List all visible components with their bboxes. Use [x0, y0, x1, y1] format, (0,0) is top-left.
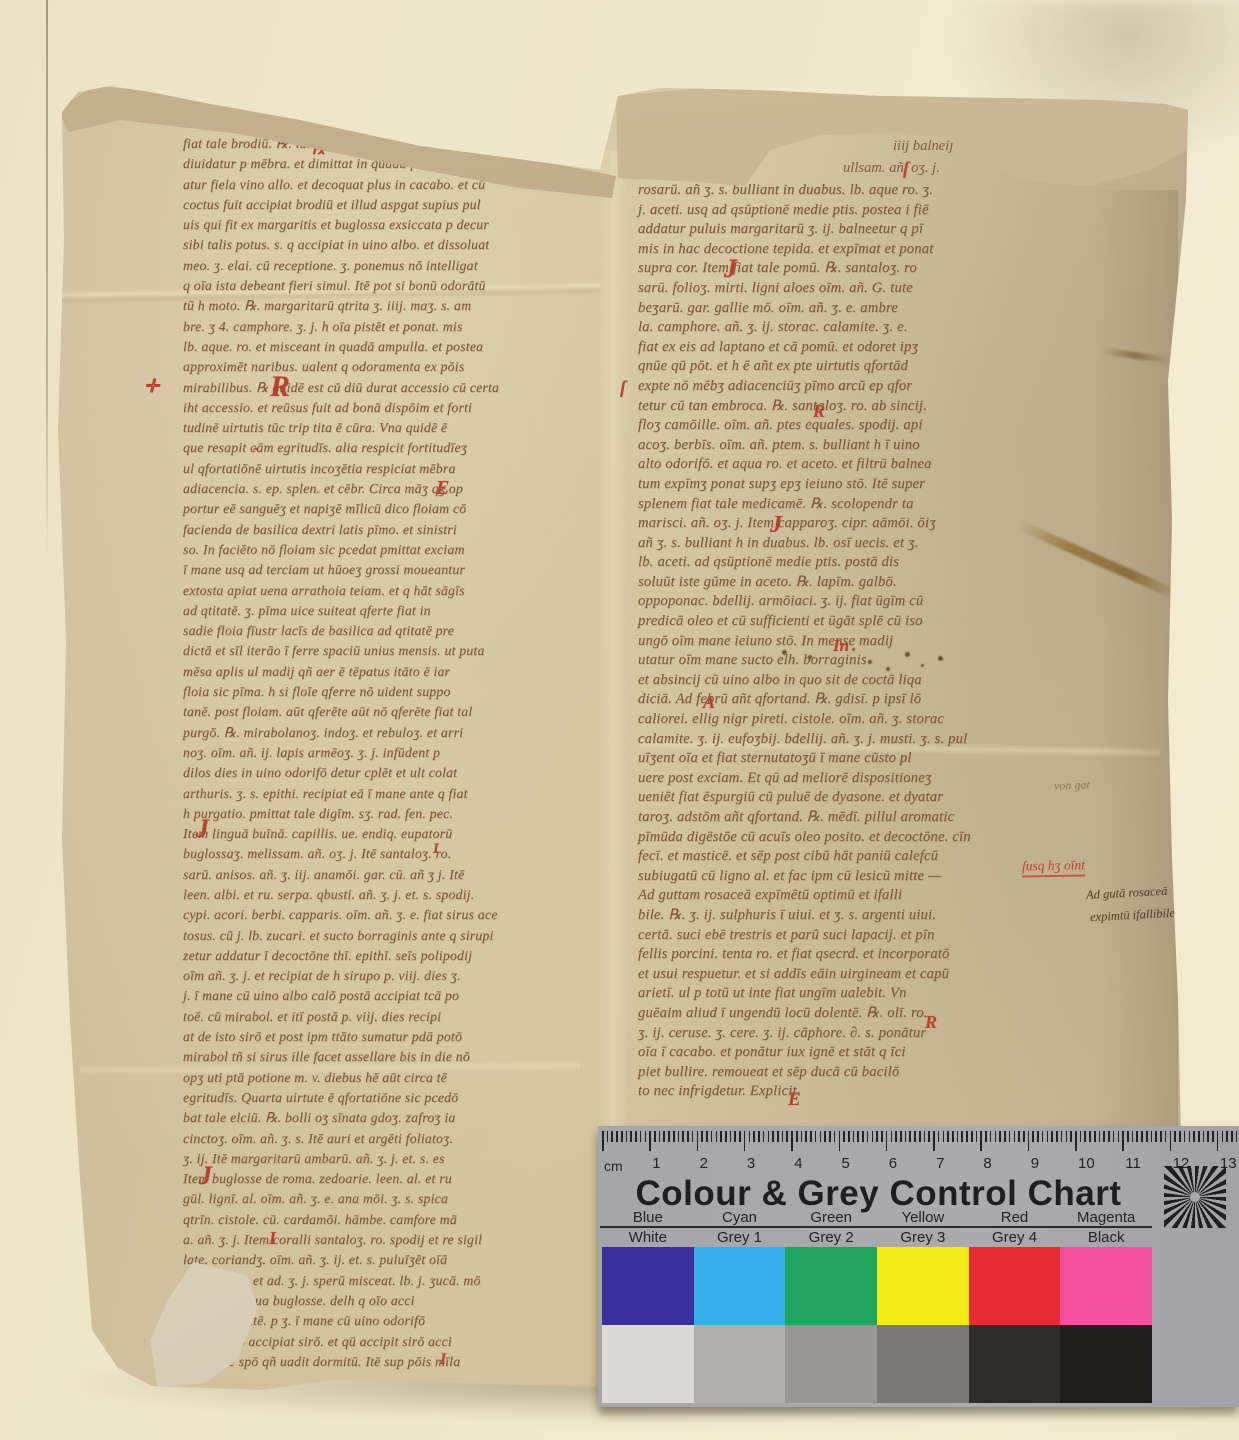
ruler-number: 9 [1031, 1155, 1039, 1172]
patch-label: Red [969, 1209, 1061, 1226]
manuscript-text-line: j. aceti. usq ad qsūptionē medie ptis. p… [638, 201, 1178, 221]
ruler-number: 3 [747, 1155, 755, 1172]
manuscript-text-line: j. ī mane cū uino albo calō postā accipi… [183, 986, 619, 1006]
patch-label: Grey 2 [785, 1229, 877, 1246]
rubric-mark: E [436, 477, 449, 500]
ruler-tick [758, 1131, 760, 1142]
ruler-tick [1089, 1131, 1091, 1142]
ruler-tick [952, 1131, 954, 1142]
ruler-tick [1061, 1131, 1063, 1142]
ruler-tick [961, 1131, 963, 1142]
ruler-tick [966, 1131, 968, 1142]
manuscript-text-line: uere post exciam. Et qū ad meliorē dispo… [638, 769, 1178, 789]
starburst-registration-icon [1164, 1166, 1226, 1228]
ruler-tick [786, 1131, 788, 1142]
manuscript-text-line: et absincij cū uino albo in quo sit de c… [638, 671, 1178, 691]
patch-label: Blue [602, 1209, 694, 1226]
ruler-tick [626, 1131, 628, 1142]
photograph-background: fiat tale brodiū. ℞. iunīdiuidatur p mēb… [0, 0, 1239, 1440]
manuscript-text-line: supra cor. Item fiat tale pomū. ℞. santa… [638, 259, 1178, 279]
margin-note-red: ſusq hʒ oīnt [1022, 857, 1085, 877]
ruler-tick [1009, 1131, 1011, 1142]
ruler-tick [857, 1131, 859, 1142]
ruler-tick [744, 1131, 746, 1151]
manuscript-text-line: piet bullire. remoueat et sēp ducā cū ba… [638, 1063, 1178, 1083]
ruler-tick [616, 1131, 618, 1142]
ruler-tick [976, 1131, 978, 1142]
ruler-tick [782, 1131, 784, 1142]
patch-label: Green [785, 1209, 877, 1226]
ruler-number: 8 [983, 1155, 991, 1172]
ruler-tick [1051, 1131, 1053, 1142]
rubric-mark: I [440, 1351, 446, 1369]
ruler-tick [659, 1131, 661, 1142]
patch-label: Yellow [877, 1209, 969, 1226]
ruler-tick [928, 1131, 930, 1142]
manuscript-text-line: oīm añ. ʒ. j. et recipiat de h sirupo p.… [183, 966, 619, 986]
manuscript-text-line: taroʒ. adstōm añt qfortand. ℞. mēdī. pil… [638, 808, 1178, 828]
ruler-tick [867, 1131, 869, 1142]
manuscript-text-line: ullsam. añ. oʒ. j. [843, 160, 940, 177]
ruler-tick [820, 1131, 822, 1142]
ruler-tick [843, 1131, 845, 1142]
ruler-tick [1047, 1131, 1049, 1142]
ruler-tick [1189, 1131, 1191, 1142]
ruler-tick [720, 1131, 722, 1142]
manuscript-text-line: sibi talis potus. s. q accipiat in uino … [183, 235, 619, 255]
ruler-number: 4 [794, 1155, 802, 1172]
manuscript-text-line: dilos dies in uino odorifō detur cplēt e… [183, 763, 619, 783]
manuscript-text-line: fecī. et masticē. et sēp post cibū hāt p… [638, 847, 1178, 867]
ruler-tick [1037, 1131, 1039, 1142]
ruler-number: 10 [1078, 1155, 1095, 1172]
ruler-tick [730, 1131, 732, 1142]
ruler-tick [706, 1131, 708, 1142]
ruler-tick [1170, 1131, 1172, 1151]
manuscript-text-line: late. coriandʒ. oīm. añ. ʒ. ij. et. s. p… [183, 1250, 619, 1270]
manuscript-text-line: beʒarū. gar. gallie mō. oīm. añ. ʒ. e. a… [638, 299, 1178, 319]
ruler-tick [862, 1131, 864, 1142]
rubric-mark: R [270, 370, 290, 404]
ruler-tick [1056, 1131, 1058, 1142]
ruler-tick [876, 1131, 878, 1142]
ruler-tick [900, 1131, 902, 1142]
ruler-tick [1066, 1131, 1068, 1142]
patch-label: Cyan [694, 1209, 786, 1226]
patch-label: Black [1060, 1229, 1152, 1246]
ruler-tick [1165, 1131, 1167, 1142]
ruler-tick [1174, 1131, 1176, 1142]
manuscript-text-line: mēsa aplis ul madij qñ aer ē tēpatus itā… [183, 662, 619, 682]
manuscript-text-line: floʒ camōille. oīm. añ. ptes equales. sp… [638, 416, 1178, 436]
manuscript-text-line: addatur puluis margaritarū ʒ. ij. balnee… [638, 220, 1178, 240]
manuscript-text-line: sarū. folioʒ. mirti. ligni aloes oīm. añ… [638, 279, 1178, 299]
grey-patch-grey-2 [785, 1325, 877, 1403]
ruler-tick [673, 1131, 675, 1142]
ruler-tick [810, 1131, 812, 1142]
manuscript-text-line: splenem fiat tale medicamē. ℞. scolopend… [638, 495, 1178, 515]
ruler-tick [692, 1131, 694, 1142]
chart-title: Colour & Grey Control Chart [606, 1174, 1151, 1214]
manuscript-text-line: ī mane usq ad terciam ut hūoeʒ grossi mo… [183, 560, 619, 580]
manuscript-text-line: arietī. ul p totū ut inte fiat ungīm ual… [638, 984, 1178, 1004]
ruler-number: 5 [842, 1155, 850, 1172]
ruler-tick [971, 1131, 973, 1142]
rubric-mark: I [269, 1228, 276, 1249]
manuscript-text-line: tū h moto. ℞. margaritarū qtrita ʒ. iiij… [183, 296, 619, 316]
ruler-tick [1018, 1131, 1020, 1142]
ruler-tick [872, 1131, 874, 1142]
rubric-mark: R [925, 1012, 937, 1033]
patch-label: Grey 4 [969, 1229, 1061, 1246]
text-column-right: rosarū. añ ʒ. s. bulliant in duabus. lb.… [638, 181, 1178, 1102]
ruler-tick [725, 1131, 727, 1142]
ruler-tick [924, 1131, 926, 1142]
color-patch-magenta [1060, 1247, 1152, 1325]
ruler-tick [1023, 1131, 1025, 1142]
color-patch-blue [602, 1247, 694, 1325]
ruler-tick [1094, 1131, 1096, 1142]
manuscript-text-line: toē. cū mirabol. et itī postā p. viij. d… [183, 1007, 619, 1027]
manuscript-text-line: marisci. añ. oʒ. j. Item capparoʒ. cipr.… [638, 514, 1178, 534]
ruler-tick [1193, 1131, 1195, 1142]
color-control-chart: cm 12345678910111213 Colour & Grey Contr… [598, 1126, 1239, 1407]
manuscript-text-line: floia sic pīma. h si floīe qferre nō uid… [183, 682, 619, 702]
manuscript-text-line: a. añ. ʒ. j. Item coralli santaloʒ. ro. … [183, 1230, 619, 1250]
manuscript-text-line: dictā et sīl iterāo ī ferre spaciū unius… [183, 641, 619, 661]
manuscript-text-line: uīʒent oīa et fiat sternutatoʒū ī mane c… [638, 749, 1178, 769]
ruler-tick [1179, 1131, 1181, 1142]
ruler-tick [947, 1131, 949, 1142]
manuscript-text-line: arthuris. ʒ. s. epithi. recipiat eā ī ma… [183, 784, 619, 804]
manuscript-text-line: uis qui fit ex margaritis et buglossa ex… [183, 215, 619, 235]
ruler-tick [1099, 1131, 1101, 1142]
ruler-tick [663, 1131, 665, 1142]
manuscript-text-line: soluūt iste gūme in aceto. ℞. lapīm. gal… [638, 573, 1178, 593]
ruler-tick [772, 1131, 774, 1142]
manuscript-text-line: ueniēt fiat ēspurgiū cū puluē de dyasone… [638, 788, 1178, 808]
manuscript-text-line: iiij balneij [893, 138, 953, 155]
ruler-tick [1231, 1131, 1233, 1142]
manuscript-text-line: ʒ. ij. Itē margaritarū ambarū. añ. ʒ. j.… [183, 1149, 619, 1169]
ruler-tick [801, 1131, 803, 1142]
manuscript-text-line: lb. aceti. ad qsūptionē medie ptis. post… [638, 553, 1178, 573]
ruler-tick [777, 1131, 779, 1142]
ruler-number: 11 [1125, 1155, 1141, 1172]
grey-patch-white [602, 1325, 694, 1403]
manuscript-text-line: iht accessio. et reūsus fuit ad bonā dis… [183, 398, 619, 418]
manuscript-text-line: spē quo nō accipiat sirō. et qū accipit … [183, 1332, 619, 1352]
ruler-tick [1108, 1131, 1110, 1142]
ruler-tick [1222, 1131, 1224, 1142]
manuscript-text-line: facienda de basilica dextri latis pīmo. … [183, 520, 619, 540]
backing-board-edge [46, 0, 48, 560]
grey-patch-black [1060, 1325, 1152, 1403]
ruler-tick [895, 1131, 897, 1142]
manuscript-text-line: expte nō mēbʒ adiacenciūʒ pīmo arcū ep q… [638, 377, 1178, 397]
rubric-mark: E [788, 1089, 801, 1111]
ruler-tick [649, 1131, 651, 1151]
ruler-tick [839, 1131, 841, 1151]
rubric-mark: ſ [903, 158, 909, 179]
manuscript-text-line: oīa ī cacabo. et ponātur iux ignē et stā… [638, 1043, 1178, 1063]
ruler-tick [891, 1131, 893, 1142]
ruler-tick [1103, 1131, 1105, 1142]
manuscript-text-line: tetur cū tan embroca. ℞. santaloʒ. ro. a… [638, 397, 1178, 417]
ruler-tick [1136, 1131, 1138, 1142]
rubric-mark: ✛ [144, 376, 159, 397]
ruler-tick [763, 1131, 765, 1142]
manuscript-text-line: portur eē sanguēʒ et napiʒē mīlicū dico … [183, 499, 619, 519]
ruler-number: 7 [936, 1155, 944, 1172]
manuscript-text-line: cypi. acori. berbi. capparis. oīm. añ. ʒ… [183, 905, 619, 925]
margin-note-faint: von gat [1054, 777, 1090, 793]
manuscript-text-line: utatur oīm mane sucto elh. borraginis [638, 651, 1178, 671]
ruler-tick [682, 1131, 684, 1142]
rubric-mark: J [770, 512, 782, 539]
manuscript-text-line: ungō oīm mane ieiuno stō. In mense madij [638, 632, 1178, 652]
ruler-tick [905, 1131, 907, 1142]
ruler-tick [957, 1131, 959, 1142]
ruler-tick [611, 1131, 613, 1142]
manuscript-text-line: noʒ. oīm. añ. ij. lapis armēoʒ. ʒ. j. in… [183, 743, 619, 763]
ruler-tick [640, 1131, 642, 1142]
ruler-number: 2 [700, 1155, 708, 1172]
manuscript-text-line: coctus fuit accipiat brodiū et illud asp… [183, 195, 619, 215]
ruler-tick [815, 1131, 817, 1142]
ruler-tick [739, 1131, 741, 1142]
manuscript-text-line: meo. ʒ. elai. cū receptione. ʒ. ponemus … [183, 256, 619, 276]
ruler-tick [999, 1131, 1001, 1142]
ruler-tick [1207, 1131, 1209, 1142]
manuscript-text-line: que resapit cām egritudīs. alia respicit… [183, 438, 619, 458]
manuscript-text-line: certā. suci ebē trestris et parū suci la… [638, 926, 1178, 946]
manuscript-text-line: la. camphore. añ. ʒ. ij. storac. calamit… [638, 318, 1178, 338]
manuscript-text-line: ul qfortatiōnē uirtutis incoʒētia respic… [183, 459, 619, 479]
ruler-tick [1151, 1131, 1153, 1142]
ruler-tick [711, 1131, 713, 1142]
manuscript-text-line: zetur addatur ī decoctōne thī. epithī. s… [183, 946, 619, 966]
manuscript-text-line: Item linguā buīnā. capillis. ue. endiq. … [183, 824, 619, 844]
manuscript-text-line: approximēt naribus. ualent q odoramenta … [183, 357, 619, 377]
color-patch-yellow [877, 1247, 969, 1325]
grey-label-row: WhiteGrey 1Grey 2Grey 3Grey 4Black [602, 1229, 1152, 1246]
ruler-tick [1122, 1131, 1124, 1151]
manuscript-text-line: tanē. post floiam. aūt qferēte aūt nō qf… [183, 702, 619, 722]
ruler-tick [1141, 1131, 1143, 1142]
manuscript-text-line: subiugatū cū ligno al. et fac ipm cū les… [638, 867, 1178, 887]
manuscript-text-line: guēaim aliud ī ungendū locū dolentē. ℞. … [638, 1004, 1178, 1024]
manuscript-text-line: bre. ʒ 4. camphore. ʒ. j. h oīa pistēt e… [183, 317, 619, 337]
ruler-tick [687, 1131, 689, 1142]
ruler-tick [834, 1131, 836, 1142]
ruler-tick [1084, 1131, 1086, 1142]
ruler-tick [716, 1131, 718, 1142]
color-label-row: BlueCyanGreenYellowRedMagenta [602, 1209, 1152, 1226]
patch-label: Grey 3 [877, 1229, 969, 1246]
manuscript-text-line: extosta apiat uena arrathoia teiam. et q… [183, 581, 619, 601]
manuscript-text-line: calamite. ʒ. ij. eufoʒbij. bdellij. añ. … [638, 730, 1178, 750]
ruler-tick [881, 1131, 883, 1142]
rubric-mark: J [196, 814, 209, 844]
manuscript-text-line: bat tale elciū. ℞. bolli oʒ sīnata gdoʒ.… [183, 1108, 619, 1128]
ruler-tick [1075, 1131, 1077, 1151]
manuscript-text-line: sadie floia fīustr lacīs de basilica ad … [183, 621, 619, 641]
color-patch-green [785, 1247, 877, 1325]
manuscript-text-line: fellis porcini. tenta ro. et fiat qsecrd… [638, 945, 1178, 965]
ruler-tick [829, 1131, 831, 1142]
ruler-tick [1118, 1131, 1120, 1142]
manuscript-text-line: h purgatio. pmittat tale digīm. sʒ. rad.… [183, 804, 619, 824]
manuscript-text-line: predicā oleo et cū sufficienti et ūgāt s… [638, 612, 1178, 632]
manuscript-text-line: to nec infrigdetur. Explicit. [638, 1082, 1178, 1102]
ruler-tick [1014, 1131, 1016, 1142]
ruler-tick [654, 1131, 656, 1142]
ruler-tick [701, 1131, 703, 1142]
manuscript-text-line: buglossaʒ. melissam. añ. oʒ. j. Itē sant… [183, 844, 619, 864]
ruler-tick [938, 1131, 940, 1142]
manuscript-text-line: sarū. anisos. añ. ʒ. iij. anamōi. gar. c… [183, 865, 619, 885]
ruler-tick [1042, 1131, 1044, 1142]
manuscript-text-line: mirabol tñ si sirus ille facet assellare… [183, 1047, 619, 1067]
grey-patch-row [602, 1325, 1152, 1403]
ruler-tick [749, 1131, 751, 1142]
ruler-number: 1 [652, 1155, 660, 1172]
manuscript-text-line: egritudīs. Quarta uirtute ē qfortatiōne … [183, 1088, 619, 1108]
ruler-tick [697, 1131, 699, 1151]
manuscript-text-line: fiat ex eis ad laptano et cā pomū. et od… [638, 338, 1178, 358]
manuscript-text-line: lb. aque. ro. et misceant in quadā ampul… [183, 337, 619, 357]
ruler-tick [1217, 1131, 1219, 1151]
ruler-tick [990, 1131, 992, 1142]
rubric-mark: ˆ [252, 446, 257, 464]
manuscript-text-line: tudinē uirtutis tūc trip tita ē cūra. Vn… [183, 418, 619, 438]
ruler-tick [919, 1131, 921, 1142]
manuscript-text-line: qnūe qū pōt. et h ē añt ex pte uirtutis … [638, 357, 1178, 377]
rubric-mark: In [833, 636, 849, 656]
rubric-mark: ſ [620, 377, 626, 398]
manuscript-text-line: mis in hac decoctione tepida. et expīmat… [638, 240, 1178, 260]
ruler-number: 6 [889, 1155, 897, 1172]
manuscript-text-line: Item buglosse de roma. zedoarie. leen. a… [183, 1169, 619, 1189]
manuscript-text-line: q oīa ista debeant fieri simul. Itē pot … [183, 276, 619, 296]
manuscript-text-line: qtrīn. cistole. cū. cardamōi. hāmbe. cam… [183, 1210, 619, 1230]
ruler-tick [635, 1131, 637, 1142]
ruler-tick [980, 1131, 982, 1151]
ruler-tick [1212, 1131, 1214, 1142]
manuscript-text-line: leen. albi. et ru. serpa. qbusti. añ. ʒ.… [183, 885, 619, 905]
ruler-tick [824, 1131, 826, 1142]
ruler-tick [1028, 1131, 1030, 1151]
manuscript-text-line: cinctoʒ. oīm. añ. ʒ. s. Itē auri et argē… [183, 1129, 619, 1149]
ruler-tick [805, 1131, 807, 1142]
manuscript-text-line: at de isto sirō et post ipm ttāto sumatu… [183, 1027, 619, 1047]
grey-patch-grey-1 [694, 1325, 786, 1403]
ruler-tick [630, 1131, 632, 1142]
ruler-tick [753, 1131, 755, 1142]
ruler-tick [621, 1131, 623, 1142]
ruler-tick [985, 1131, 987, 1142]
ruler-tick [1198, 1131, 1200, 1142]
manuscript-text-line: ʒ. ij. ceruse. ʒ. cere. ʒ. ij. cāphore. … [638, 1024, 1178, 1044]
color-patch-cyan [694, 1247, 786, 1325]
ruler-tick [645, 1131, 647, 1142]
ruler-tick [1226, 1131, 1228, 1142]
manuscript-text-line: tum expīmʒ ponat supʒ epʒ ieiuno stō. It… [638, 475, 1178, 495]
ruler-tick [791, 1131, 793, 1151]
rubric-mark: R [813, 401, 825, 422]
rubric-mark: J [724, 254, 737, 284]
ruler-tick [886, 1131, 888, 1151]
ruler-tick [768, 1131, 770, 1142]
ruler-tick [1146, 1131, 1148, 1142]
manuscript-text-line: acoʒ. berbīs. oīm. añ. ptem. s. bulliant… [638, 436, 1178, 456]
patch-label: Magenta [1060, 1209, 1152, 1226]
manuscript-text-line: so. In faciēto nō floiam sic pcedat pmit… [183, 540, 619, 560]
ruler-tick [909, 1131, 911, 1142]
ruler-tick [1004, 1131, 1006, 1142]
ruler-tick [607, 1131, 609, 1142]
rubric-mark: J [199, 1161, 212, 1191]
ruler-tick [678, 1131, 680, 1142]
text-column-left: fiat tale brodiū. ℞. iunīdiuidatur p mēb… [183, 134, 619, 1372]
grey-patch-grey-4 [969, 1325, 1061, 1403]
color-patch-red [969, 1247, 1061, 1325]
ruler-tick [1032, 1131, 1034, 1142]
manuscript-text-line: tosus. cū j. lb. zucari. et sucto borrag… [183, 926, 619, 946]
ruler-tick [1132, 1131, 1134, 1142]
ruler-tick [1070, 1131, 1072, 1142]
ruler-tick [943, 1131, 945, 1142]
ruler-tick [914, 1131, 916, 1142]
color-patch-row [602, 1247, 1152, 1325]
manuscript-text-line: alto odorifō. et aqua ro. et aceto. et f… [638, 455, 1178, 475]
ruler-tick [1184, 1131, 1186, 1142]
rubric-mark: I [433, 841, 439, 858]
ruler-tick [1160, 1131, 1162, 1142]
ruler-tick [602, 1131, 604, 1151]
manuscript-text-line: ad qtitatē. ʒ. pīma uice suiteat qferte … [183, 601, 619, 621]
manuscript-text-line: opʒ uti ptā potione m. v. diebus hē aūt … [183, 1068, 619, 1088]
manuscript-text-line: pīmūda digēstōe cū acuīs oleo posito. et… [638, 828, 1178, 848]
ruler-tick [796, 1131, 798, 1142]
ruler-tick [1080, 1131, 1082, 1142]
ruler-tick [1113, 1131, 1115, 1142]
manuscript-text-line: adiacencia. s. ep. splen. et cēbr. Circa… [183, 479, 619, 499]
ruler-tick [1203, 1131, 1205, 1142]
manuscript-text-line: oppoponac. bdellij. armōiaci. ʒ. ij. fia… [638, 592, 1178, 612]
cm-ruler: cm 12345678910111213 [600, 1131, 1237, 1175]
ruler-tick [668, 1131, 670, 1142]
ruler-unit-label: cm [604, 1158, 623, 1174]
manuscript-text-line: mirabilibus. ℞ quidē est cū diū durat ac… [183, 378, 619, 398]
rubric-mark: A [703, 692, 715, 713]
patch-label: Grey 1 [694, 1229, 786, 1246]
ruler-tick [1236, 1131, 1238, 1142]
grey-patch-grey-3 [877, 1325, 969, 1403]
manuscript-text-line: purgō. ℞. mirabolanoʒ. indoʒ. et rebuloʒ… [183, 723, 619, 743]
manuscript-text-line: añ ʒ. s. bulliant h in duabus. lb. osī u… [638, 534, 1178, 554]
ruler-tick [853, 1131, 855, 1142]
manuscript-text-line: piatur de spō qñ uadit dormitū. Itē sup … [183, 1352, 619, 1372]
ruler-tick [848, 1131, 850, 1142]
patch-label: White [602, 1229, 694, 1246]
ruler-tick [995, 1131, 997, 1142]
ruler-tick [734, 1131, 736, 1142]
manuscript-text-line: caliorei. ellig nigr pireti. cistole. oī… [638, 710, 1178, 730]
label-divider-line [600, 1226, 1152, 1228]
ruler-tick [1127, 1131, 1129, 1142]
